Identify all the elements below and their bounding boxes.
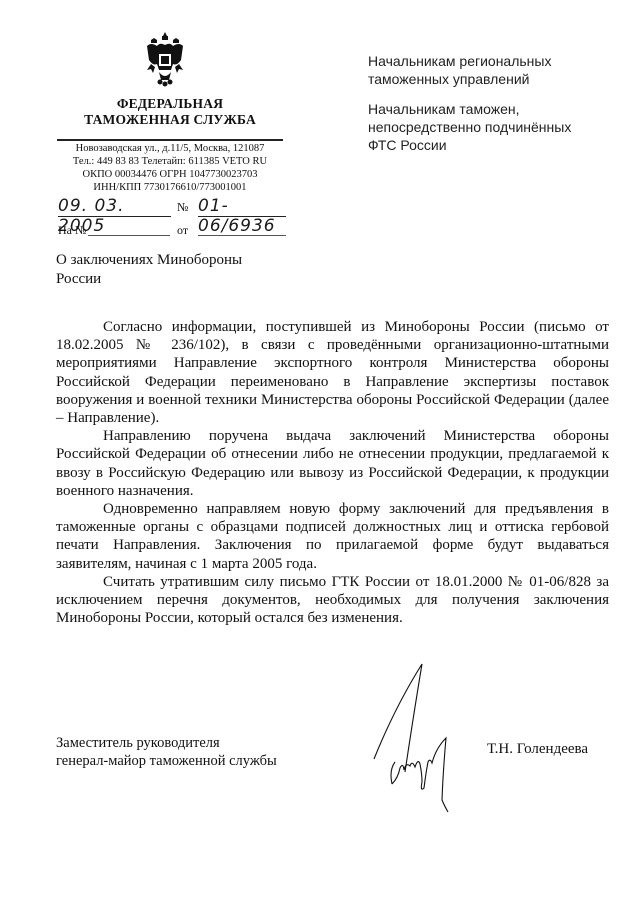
phone-line: Тел.: 449 83 83 Телетайп: 611385 VETO RU xyxy=(56,155,284,168)
handwritten-signature xyxy=(370,662,470,817)
body-paragraph: Считать утратившим силу письмо ГТК Росси… xyxy=(56,573,609,628)
okpo-ogrn-line: ОКПО 00034476 ОГРН 1047730023703 xyxy=(56,168,284,181)
addressee-line: Начальникам региональных xyxy=(368,52,608,70)
reference-date-blank xyxy=(198,235,286,236)
letterhead-divider xyxy=(57,139,283,141)
signer-title: Заместитель руководителя генерал-майор т… xyxy=(56,734,356,770)
addressee-line: ФТС России xyxy=(368,136,608,154)
inn-kpp-line: ИНН/КПП 7730176610/773001001 xyxy=(56,181,284,194)
body-paragraph: Согласно информации, поступившей из Мино… xyxy=(56,318,609,427)
addressee-line: таможенных управлений xyxy=(368,70,608,88)
registration-number: 01-06/6936 xyxy=(198,196,286,217)
org-name-line1: ФЕДЕРАЛЬНАЯ xyxy=(56,96,284,112)
registration-date: 09. 03. 2005 xyxy=(58,196,171,217)
address-line: Новозаводская ул., д.11/5, Москва, 12108… xyxy=(56,142,284,155)
addressee-customs: Начальникам таможен, непосредственно под… xyxy=(368,100,608,154)
addressee-line: Начальникам таможен, xyxy=(368,100,608,118)
org-name-line2: ТАМОЖЕННАЯ СЛУЖБА xyxy=(56,112,284,128)
organization-address: Новозаводская ул., д.11/5, Москва, 12108… xyxy=(56,142,284,194)
reference-date-label: от xyxy=(177,223,188,238)
body-paragraph: Одновременно направляем новую форму закл… xyxy=(56,500,609,573)
addressee-regional: Начальникам региональных таможенных упра… xyxy=(368,52,608,88)
body-paragraph: Направлению поручена выдача заключений М… xyxy=(56,427,609,500)
reference-number-blank xyxy=(88,235,170,236)
letter-body: Согласно информации, поступившей из Мино… xyxy=(56,318,609,627)
signer-title-line: генерал-майор таможенной службы xyxy=(56,752,356,770)
organization-name: ФЕДЕРАЛЬНАЯ ТАМОЖЕННАЯ СЛУЖБА xyxy=(56,96,284,128)
reference-number-label: На № xyxy=(58,223,86,238)
reference-row: На № от xyxy=(58,221,288,239)
coat-of-arms-icon xyxy=(143,30,187,88)
signer-title-line: Заместитель руководителя xyxy=(56,734,356,752)
number-label: № xyxy=(177,200,188,215)
registration-row: 09. 03. 2005 № 01-06/6936 xyxy=(58,196,288,218)
signer-name: Т.Н. Голендеева xyxy=(487,741,588,758)
letter-subject: О заключениях Минобороны России xyxy=(56,251,296,289)
subject-line: О заключениях Минобороны xyxy=(56,251,296,270)
subject-line: России xyxy=(56,270,296,289)
addressee-line: непосредственно подчинённых xyxy=(368,118,608,136)
